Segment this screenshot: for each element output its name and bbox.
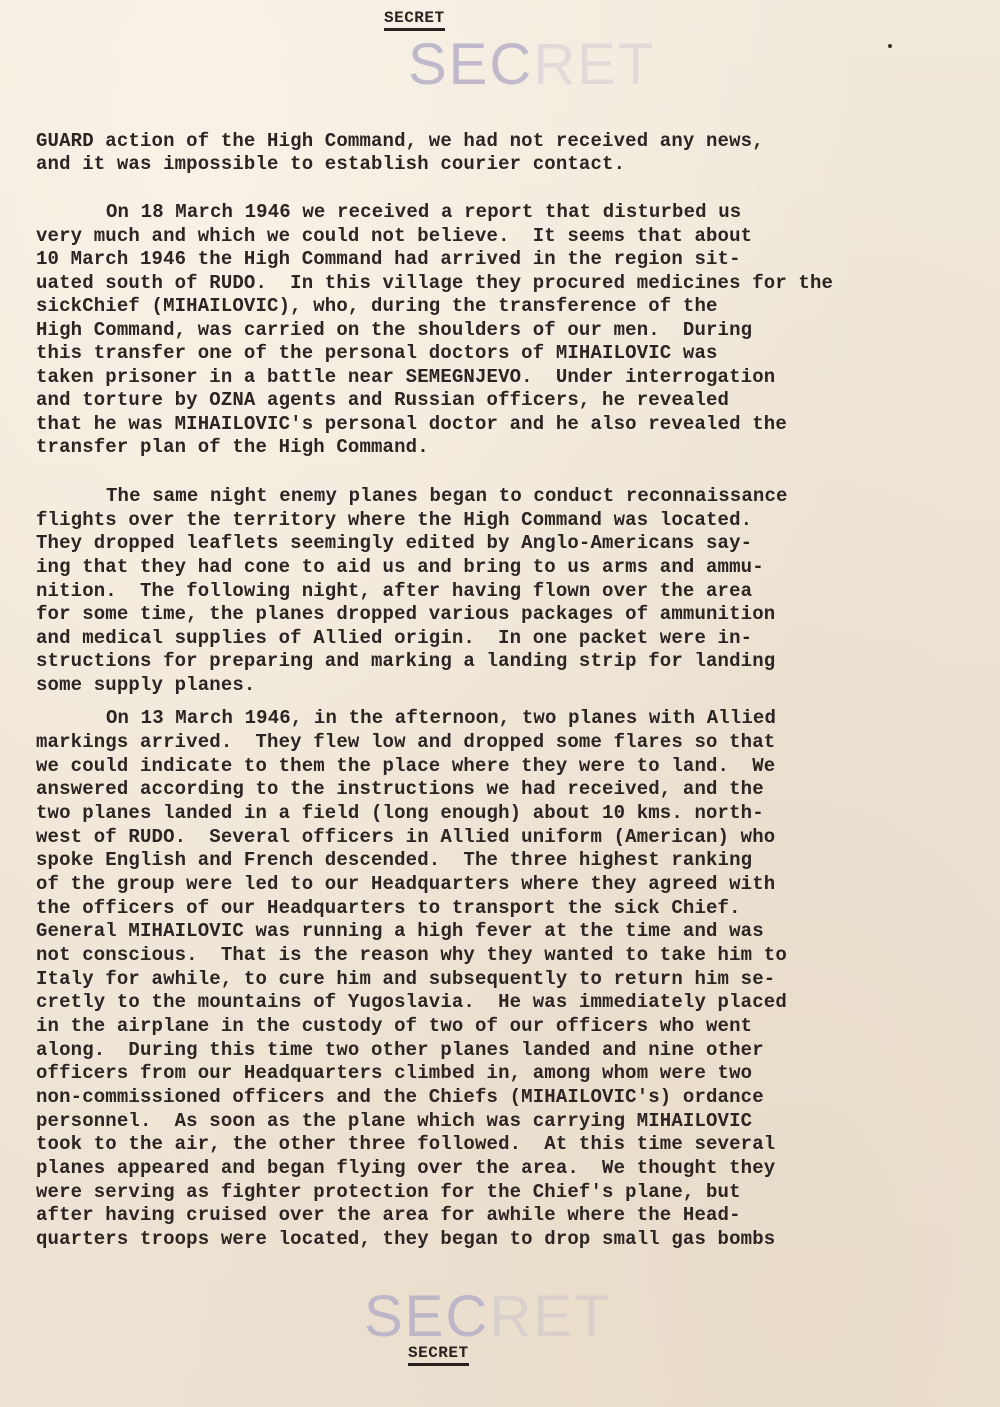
text-line: personnel. As soon as the plane which wa… [36, 1110, 752, 1132]
text-line: this transfer one of the personal doctor… [36, 342, 718, 364]
text-line: 10 March 1946 the High Command had arriv… [36, 248, 741, 270]
text-line: two planes landed in a field (long enoug… [36, 802, 764, 824]
text-line: On 13 March 1946, in the afternoon, two … [106, 707, 776, 729]
text-line: Italy for awhile, to cure him and subseq… [36, 968, 775, 990]
text-line: non-commissioned officers and the Chiefs… [36, 1086, 764, 1108]
text-line: along. During this time two other planes… [36, 1039, 764, 1061]
classification-header: SECRET [384, 10, 445, 31]
text-line: of the group were led to our Headquarter… [36, 873, 775, 895]
text-line: structions for preparing and marking a l… [36, 650, 775, 672]
text-line: some supply planes. [36, 674, 256, 696]
stamp-faded-text: RET [533, 32, 655, 97]
text-line: answered according to the instructions w… [36, 778, 764, 800]
text-line: They dropped leaflets seemingly edited b… [36, 532, 752, 554]
text-line: after having cruised over the area for a… [36, 1204, 741, 1226]
text-line: The same night enemy planes began to con… [106, 485, 788, 507]
text-line: officers from our Headquarters climbed i… [36, 1062, 752, 1084]
text-line: flights over the territory where the Hig… [36, 509, 752, 531]
text-line: sickChief (MIHAILOVIC), who, during the … [36, 295, 718, 317]
secret-stamp-top: SECRET [408, 36, 655, 94]
stamp-visible-text: SEC [408, 32, 533, 97]
text-line: and it was impossible to establish couri… [36, 153, 625, 175]
text-line: nition. The following night, after havin… [36, 580, 752, 602]
text-line: On 18 March 1946 we received a report th… [106, 201, 741, 223]
text-line: for some time, the planes dropped variou… [36, 603, 775, 625]
text-line: we could indicate to them the place wher… [36, 755, 775, 777]
document-page: SECRET SECRET GUARD action of the High C… [0, 0, 1000, 1407]
text-line: quarters troops were located, they began… [36, 1228, 775, 1250]
text-line: took to the air, the other three followe… [36, 1133, 775, 1155]
text-line: west of RUDO. Several officers in Allied… [36, 826, 775, 848]
text-line: that he was MIHAILOVIC's personal doctor… [36, 413, 787, 435]
text-line: uated south of RUDO. In this village the… [36, 272, 833, 294]
text-line: planes appeared and began flying over th… [36, 1157, 775, 1179]
text-line: in the airplane in the custody of two of… [36, 1015, 752, 1037]
text-line: very much and which we could not believe… [36, 225, 752, 247]
text-line: taken prisoner in a battle near SEMEGNJE… [36, 366, 775, 388]
stamp-faded-text: RET [489, 1284, 611, 1349]
text-line: the officers of our Headquarters to tran… [36, 897, 741, 919]
classification-footer: SECRET [408, 1345, 469, 1366]
text-line: markings arrived. They flew low and drop… [36, 731, 775, 753]
text-line: High Command, was carried on the shoulde… [36, 319, 752, 341]
stamp-visible-text: SEC [364, 1284, 489, 1349]
text-line: ing that they had cone to aid us and bri… [36, 556, 764, 578]
text-line: General MIHAILOVIC was running a high fe… [36, 920, 764, 942]
ink-speck [888, 44, 892, 48]
secret-stamp-bottom: SECRET [364, 1288, 611, 1346]
text-line: GUARD action of the High Command, we had… [36, 130, 764, 152]
text-line: cretly to the mountains of Yugoslavia. H… [36, 991, 787, 1013]
text-line: spoke English and French descended. The … [36, 849, 752, 871]
text-line: and torture by OZNA agents and Russian o… [36, 389, 729, 411]
text-line: and medical supplies of Allied origin. I… [36, 627, 752, 649]
text-line: were serving as fighter protection for t… [36, 1181, 741, 1203]
text-line: not conscious. That is the reason why th… [36, 944, 787, 966]
text-line: transfer plan of the High Command. [36, 436, 429, 458]
